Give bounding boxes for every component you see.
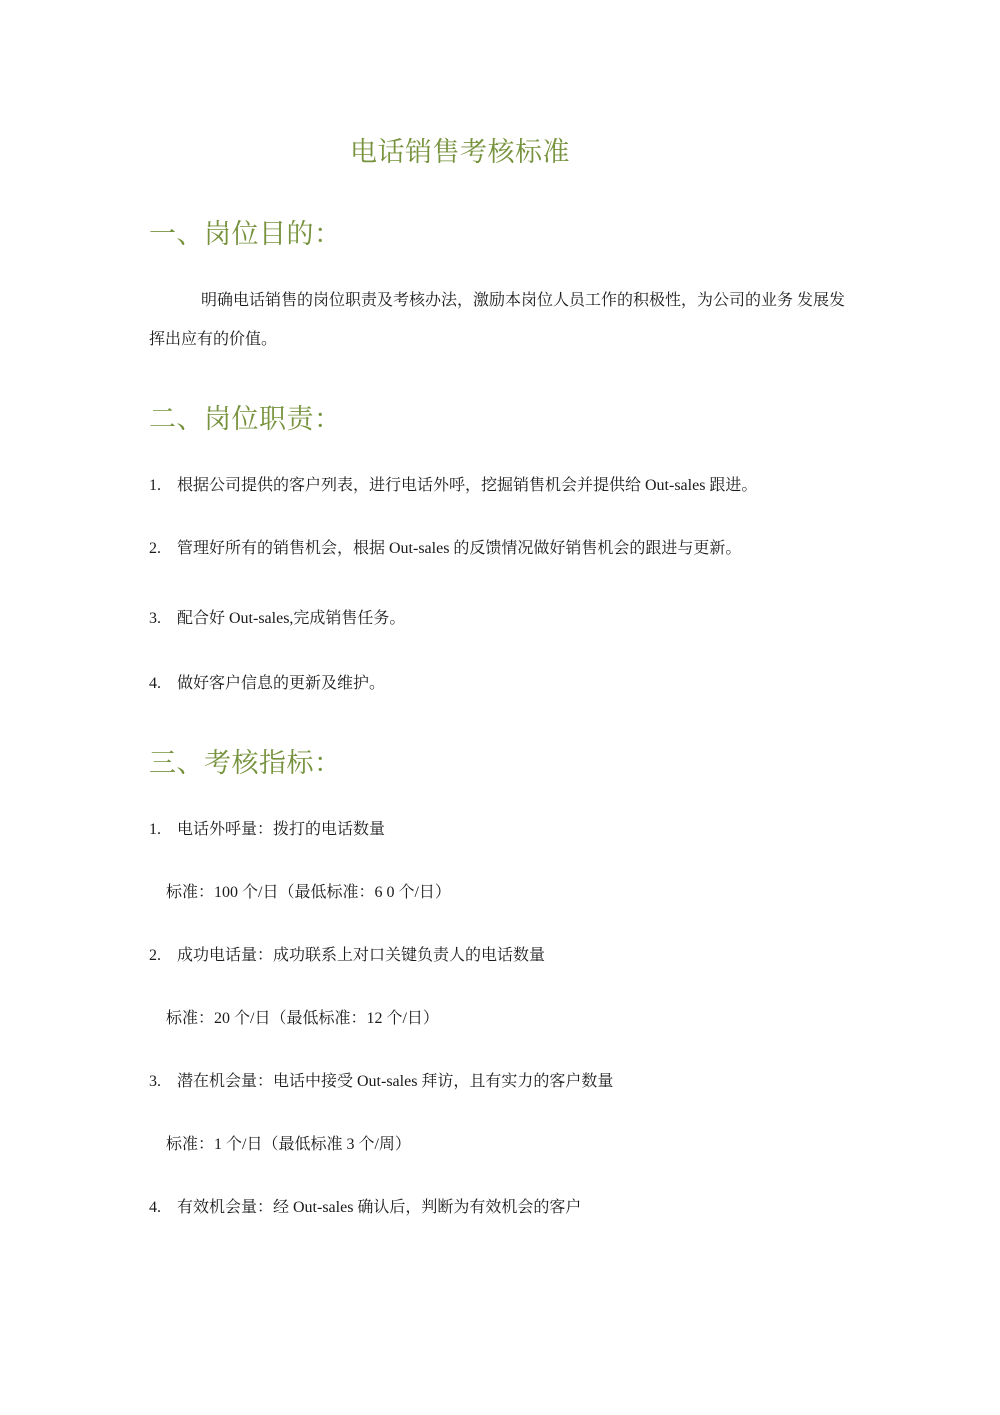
purpose-paragraph: 明确电话销售的岗位职责及考核办法，激励本岗位人员工作的积极性，为公司的业务 发展… [149,281,849,359]
kpi-item-2: 2.成功电话量：成功联系上对口关键负责人的电话数量 [149,944,545,968]
section-heading-purpose: 一、岗位目的： [149,216,342,252]
list-number: 2. [149,537,177,561]
kpi-standard-1: 标准：100 个/日（最低标准：6 0 个/日） [166,881,451,905]
kpi-standard-3: 标准：1 个/日（最低标准 3 个/周） [166,1133,411,1157]
duty-item-4: 4.做好客户信息的更新及维护。 [149,672,385,696]
section-heading-duties: 二、岗位职责： [149,401,342,437]
duty-item-1: 1.根据公司提供的客户列表，进行电话外呼，挖掘销售机会并提供给 Out-sale… [149,474,757,498]
duty-item-2: 2.管理好所有的销售机会，根据 Out-sales 的反馈情况做好销售机会的跟进… [149,537,741,561]
kpi-item-3: 3.潜在机会量：电话中接受 Out-sales 拜访，且有实力的客户数量 [149,1070,613,1094]
list-text: 有效机会量：经 Out-sales 确认后，判断为有效机会的客户 [177,1199,581,1216]
kpi-standard-2: 标准：20 个/日（最低标准：12 个/日） [166,1007,439,1031]
list-number: 3. [149,1070,177,1094]
list-number: 1. [149,474,177,498]
list-text: 潜在机会量：电话中接受 Out-sales 拜访，且有实力的客户数量 [177,1073,613,1090]
list-text: 成功电话量：成功联系上对口关键负责人的电话数量 [177,947,545,964]
list-number: 2. [149,944,177,968]
list-text: 管理好所有的销售机会，根据 Out-sales 的反馈情况做好销售机会的跟进与更… [177,540,741,557]
section-heading-kpis: 三、考核指标： [149,745,342,781]
list-text: 电话外呼量：拨打的电话数量 [177,821,385,838]
list-number: 1. [149,818,177,842]
kpi-item-4: 4.有效机会量：经 Out-sales 确认后，判断为有效机会的客户 [149,1196,581,1220]
list-text: 做好客户信息的更新及维护。 [177,675,385,692]
document-page: 电话销售考核标准 一、岗位目的： 明确电话销售的岗位职责及考核办法，激励本岗位人… [0,0,1000,1415]
duty-item-3: 3.配合好 Out-sales,完成销售任务。 [149,607,405,631]
list-number: 4. [149,672,177,696]
document-title: 电话销售考核标准 [0,134,920,170]
list-text: 根据公司提供的客户列表，进行电话外呼，挖掘销售机会并提供给 Out-sales … [177,477,757,494]
kpi-item-1: 1.电话外呼量：拨打的电话数量 [149,818,385,842]
list-number: 3. [149,607,177,631]
list-number: 4. [149,1196,177,1220]
list-text: 配合好 Out-sales,完成销售任务。 [177,610,405,627]
